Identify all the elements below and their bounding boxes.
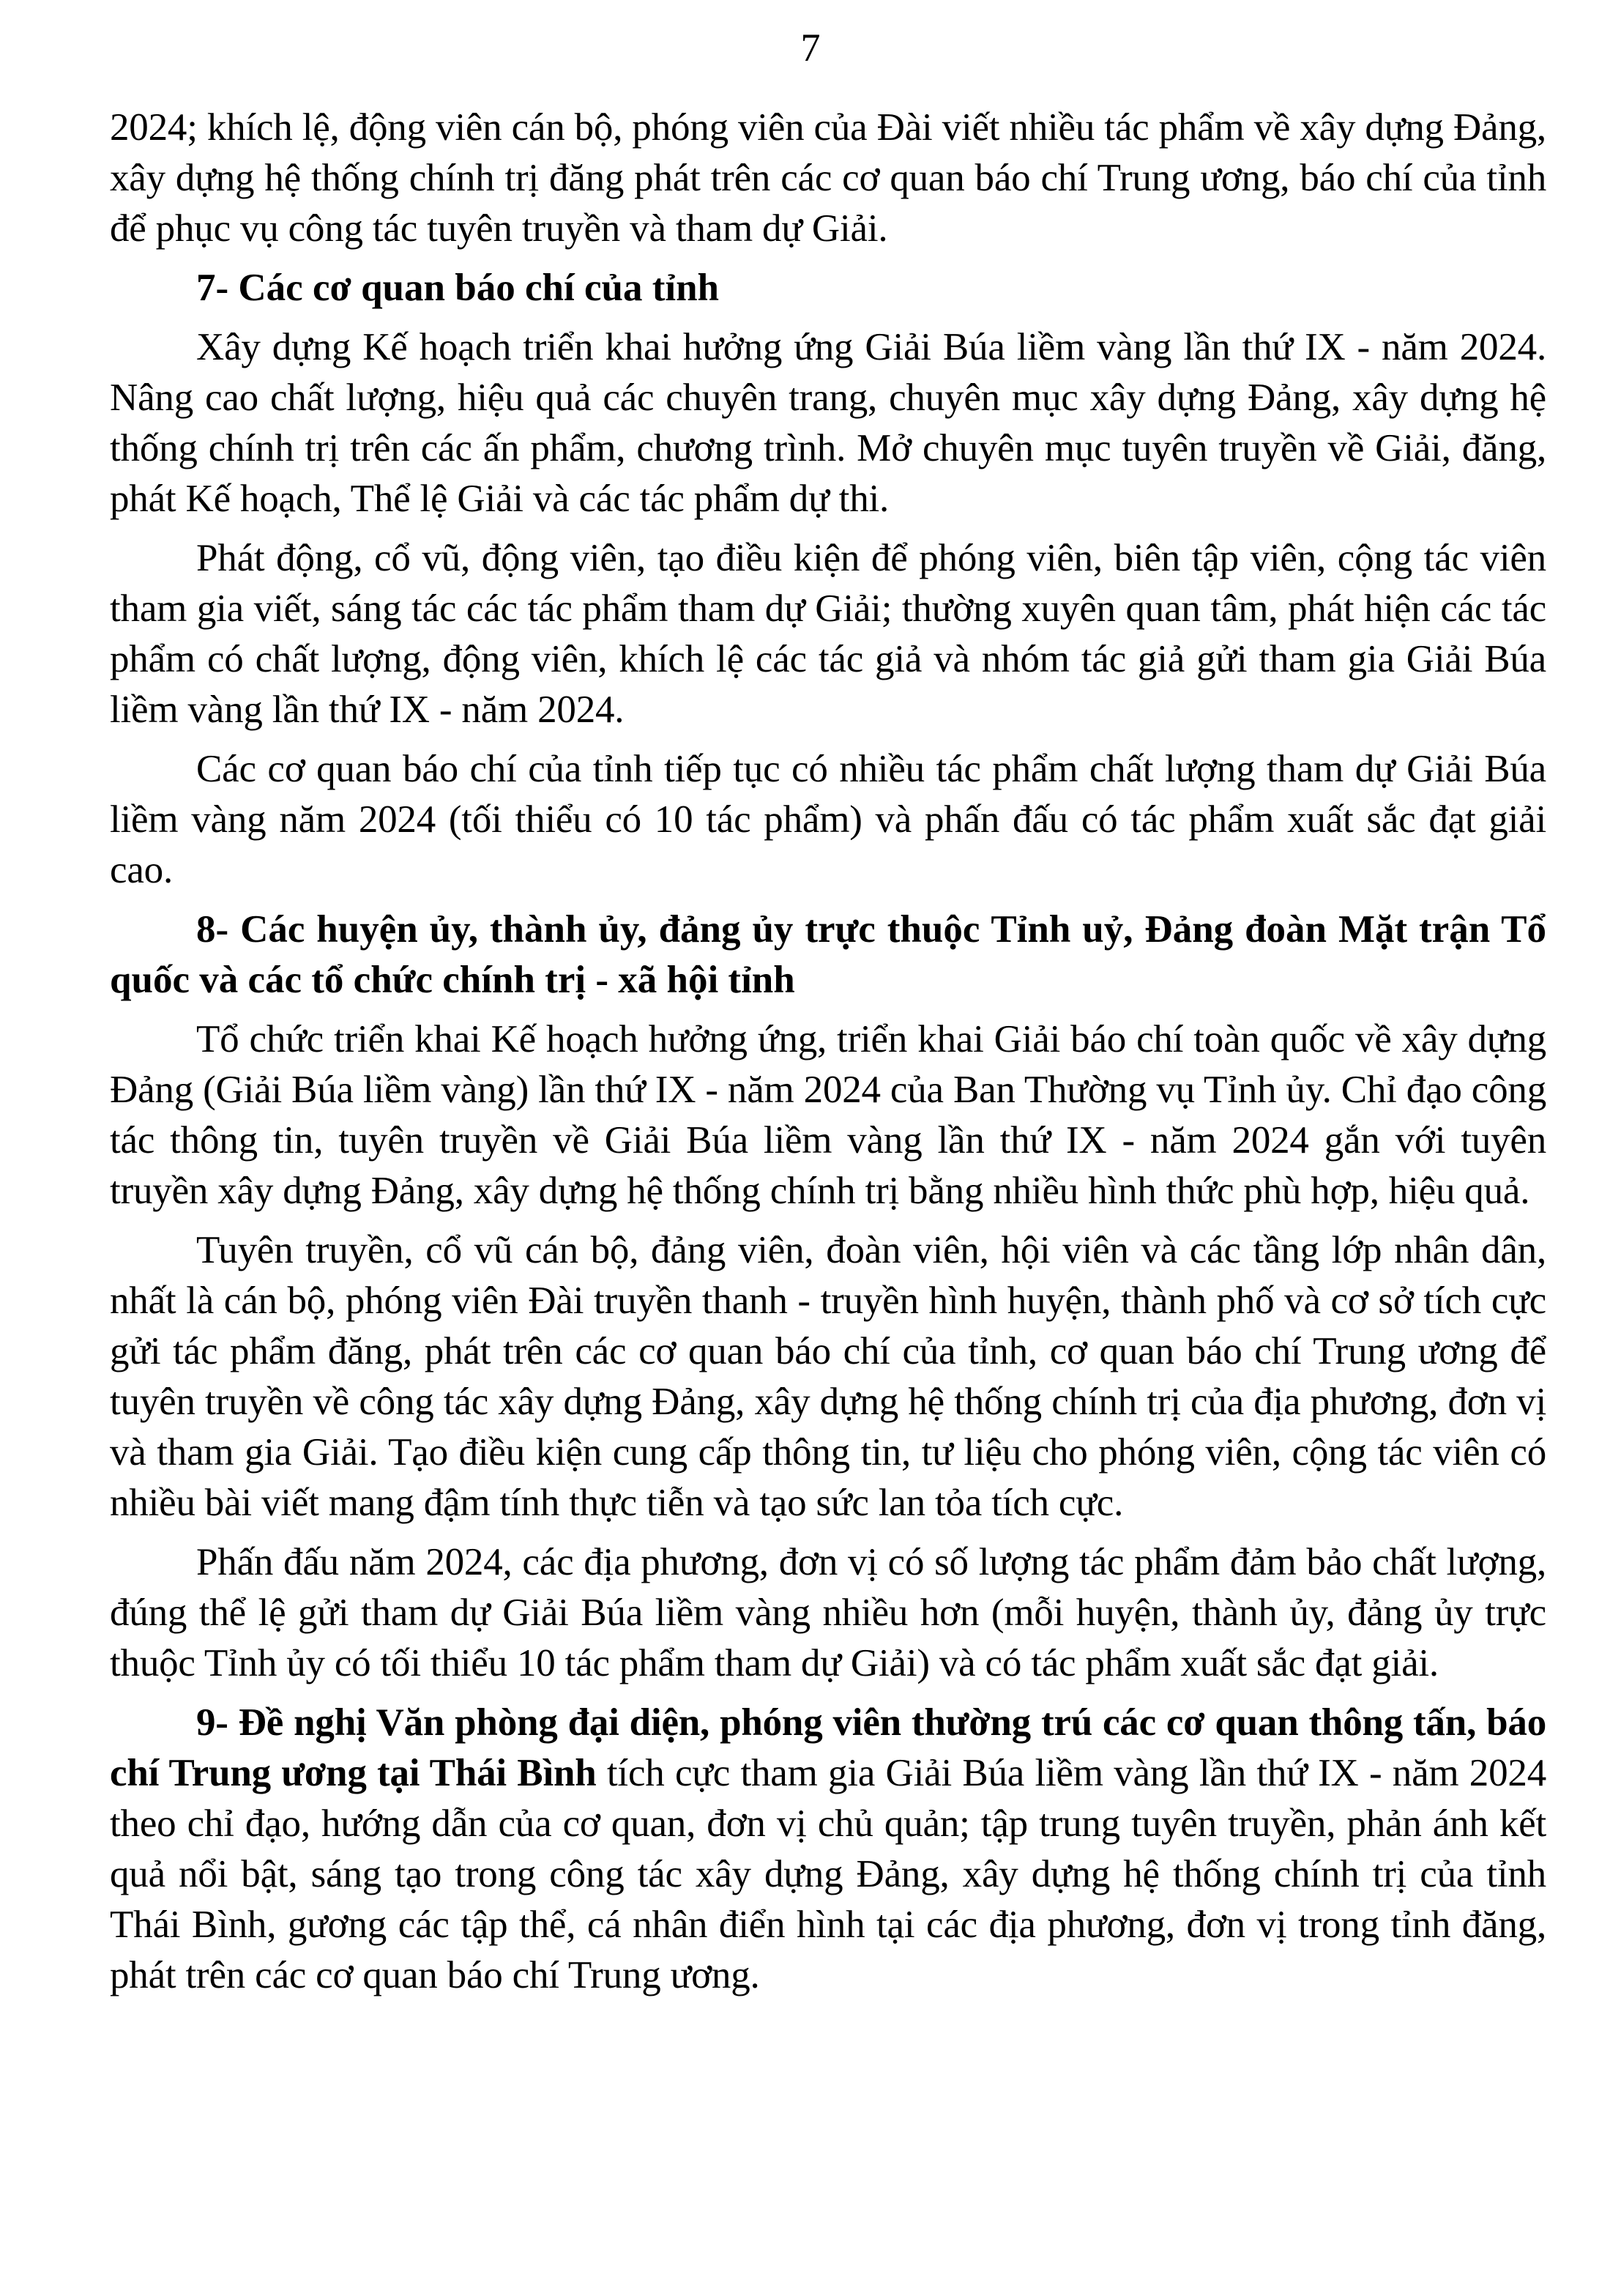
section-8-heading: 8- Các huyện ủy, thành ủy, đảng ủy trực … — [110, 904, 1546, 1006]
document-body: 2024; khích lệ, động viên cán bộ, phóng … — [110, 103, 1546, 2010]
section-7-paragraph-3: Các cơ quan báo chí của tỉnh tiếp tục có… — [110, 744, 1546, 896]
section-8-paragraph-1: Tổ chức triển khai Kế hoạch hưởng ứng, t… — [110, 1014, 1546, 1216]
section-7-heading: 7- Các cơ quan báo chí của tỉnh — [110, 263, 1546, 313]
section-7-paragraph-1: Xây dựng Kế hoạch triển khai hưởng ứng G… — [110, 322, 1546, 524]
section-9-paragraph: 9- Đề nghị Văn phòng đại diện, phóng viê… — [110, 1698, 1546, 2001]
section-8-paragraph-3: Phấn đấu năm 2024, các địa phương, đơn v… — [110, 1537, 1546, 1689]
section-8-paragraph-2: Tuyên truyền, cổ vũ cán bộ, đảng viên, đ… — [110, 1225, 1546, 1528]
section-7-paragraph-2: Phát động, cổ vũ, động viên, tạo điều ki… — [110, 533, 1546, 735]
page-number: 7 — [0, 22, 1621, 73]
intro-continuation-paragraph: 2024; khích lệ, động viên cán bộ, phóng … — [110, 103, 1546, 254]
